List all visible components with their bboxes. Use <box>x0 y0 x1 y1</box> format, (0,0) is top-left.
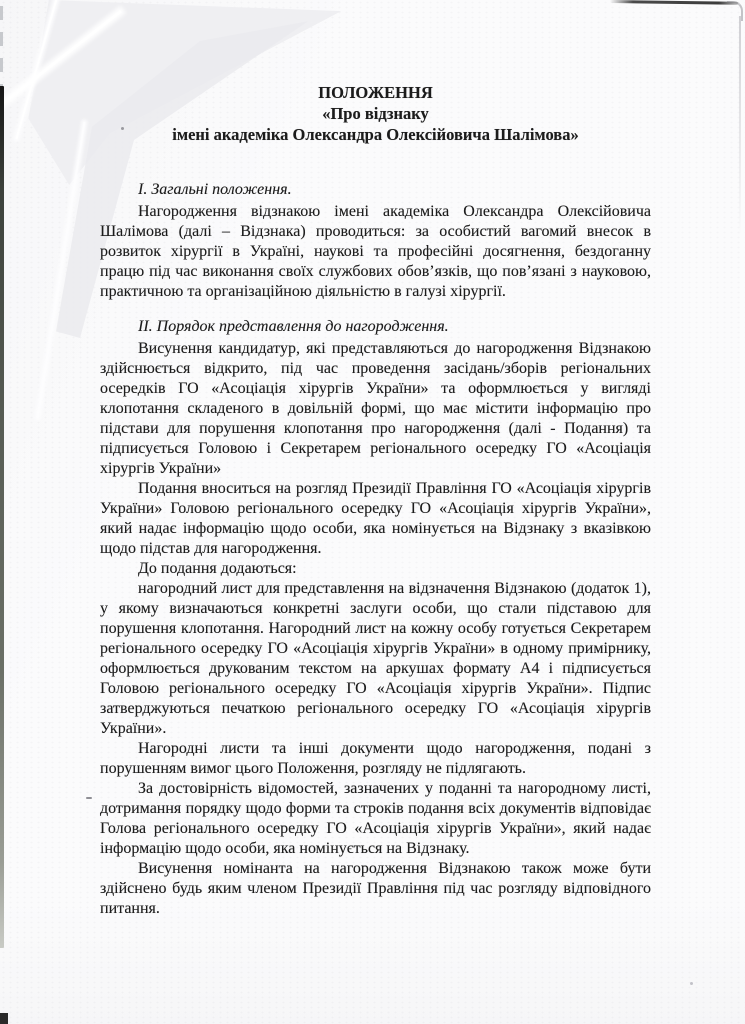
paragraph: Висунення номінанта на нагородження Відз… <box>100 859 651 919</box>
document-title: ПОЛОЖЕННЯ «Про відзнаку імені академіка … <box>100 82 651 145</box>
scan-edge-strip-left <box>0 86 4 948</box>
section-nomination-procedure: ІІ. Порядок представлення до нагородженн… <box>100 317 651 919</box>
paragraph: нагородний лист для представлення на від… <box>100 579 651 739</box>
scan-mark-bottom-left <box>0 1013 8 1024</box>
scanned-page: ПОЛОЖЕННЯ «Про відзнаку імені академіка … <box>0 0 745 1024</box>
scan-edge-dashes-left <box>0 6 3 90</box>
paragraph: За достовірність відомостей, зазначених … <box>100 779 651 859</box>
paragraph: Нагородні листи та інші документи щодо н… <box>100 739 651 779</box>
paragraph: Висунення кандидатур, які представляютьс… <box>100 339 651 479</box>
title-line-2: «Про відзнаку <box>100 103 651 124</box>
section-general-provisions: І. Загальні положення. Нагородження відз… <box>100 180 651 302</box>
section-2-heading: ІІ. Порядок представлення до нагородженн… <box>100 317 651 337</box>
page-top-edge-line <box>610 0 738 5</box>
scan-speck <box>86 797 92 799</box>
title-line-3: імені академіка Олександра Олексійовича … <box>100 124 651 145</box>
fold-crease-line <box>37 122 86 419</box>
paragraph: До подання додаються: <box>100 559 651 579</box>
paragraph: Нагородження відзнакою імені академіка О… <box>100 202 651 302</box>
section-1-heading: І. Загальні положення. <box>100 180 651 200</box>
page-right-edge-shadow <box>739 16 741 236</box>
fold-crease-line <box>15 0 58 139</box>
title-line-1: ПОЛОЖЕННЯ <box>100 82 651 103</box>
document-body: ПОЛОЖЕННЯ «Про відзнаку імені академіка … <box>100 82 651 919</box>
paragraph: Подання вноситься на розгляд Президії Пр… <box>100 479 651 559</box>
scan-speck <box>690 982 693 985</box>
